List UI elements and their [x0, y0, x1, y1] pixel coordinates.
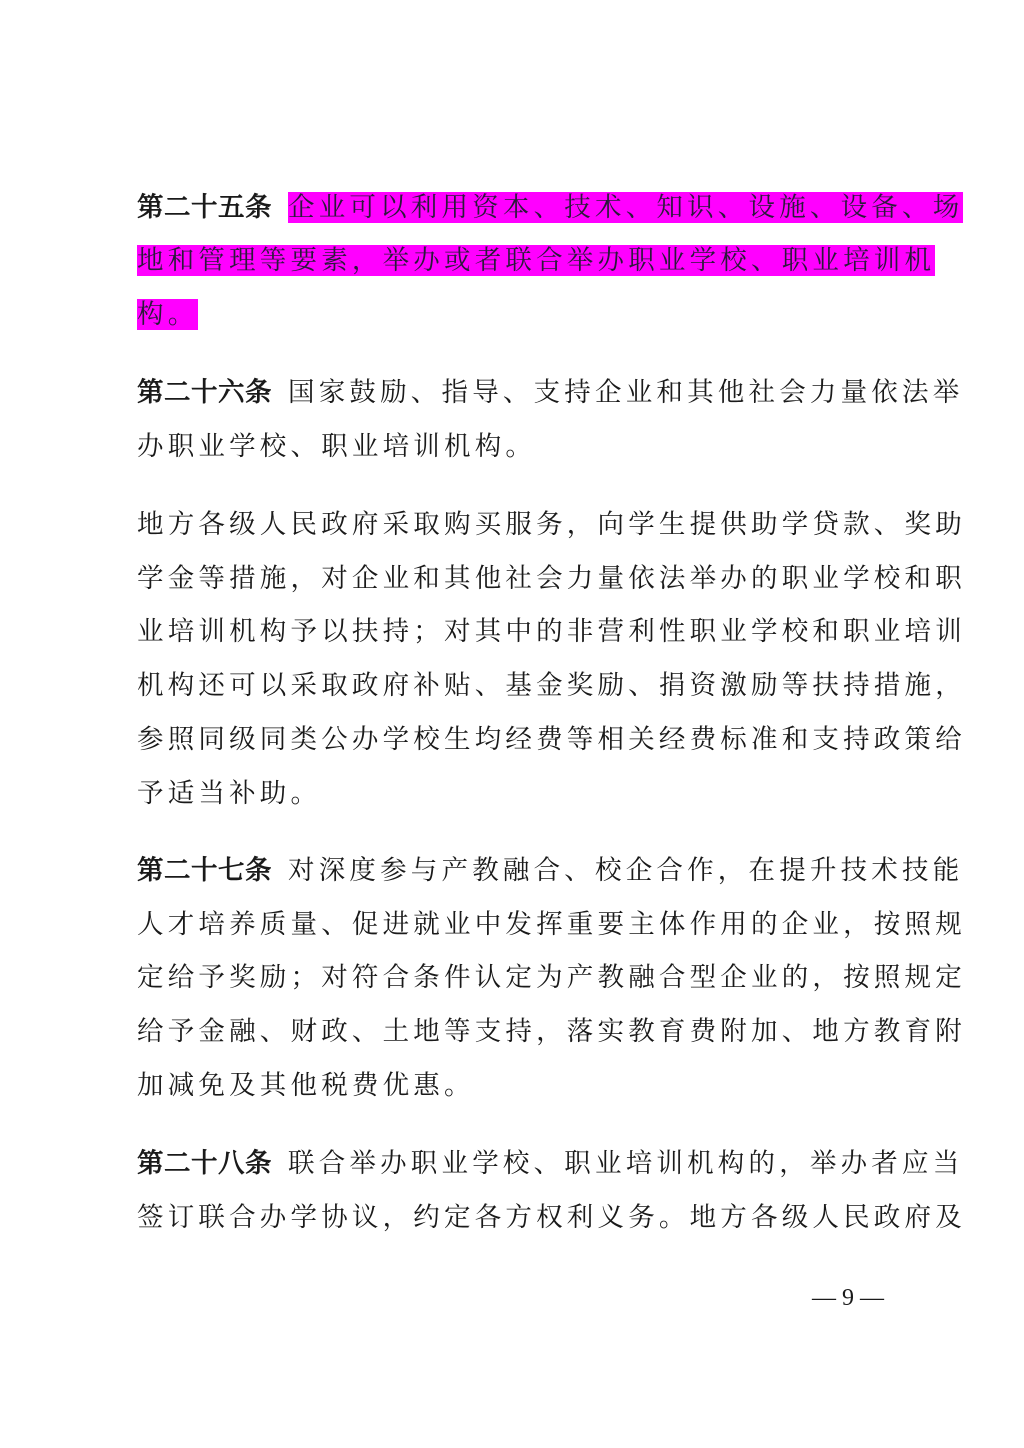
article-number: 第二十七条 — [137, 855, 272, 886]
highlighted-text: 企业可以利用资本、技术、知识、设施、设备、场 — [288, 192, 963, 223]
article-25-line-2: 地和管理等要素，举办或者联合举办职业学校、职业培训机 — [137, 242, 935, 279]
paragraph-text: 加减免及其他税费优惠。 — [137, 1070, 475, 1101]
article-25-line-3: 构。 — [137, 296, 198, 333]
article-number: 第二十六条 — [137, 377, 272, 408]
paragraph-line: 参照同级同类公办学校生均经费等相关经费标准和支持政策给 — [137, 721, 966, 758]
paragraph-text: 人才培养质量、促进就业中发挥重要主体作用的企业，按照规 — [137, 909, 966, 940]
paragraph-text: 予适当补助。 — [137, 778, 321, 809]
article-26-line-2: 办职业学校、职业培训机构。 — [137, 428, 536, 465]
article-number: 第二十八条 — [137, 1148, 272, 1179]
paragraph-text: 学金等措施，对企业和其他社会力量依法举办的职业学校和职 — [137, 563, 966, 594]
paragraph-line: 签订联合办学协议，约定各方权利义务。地方各级人民政府及 — [137, 1199, 966, 1236]
paragraph-text: 国家鼓励、指导、支持企业和其他社会力量依法举 — [288, 377, 963, 408]
paragraph-text: 办职业学校、职业培训机构。 — [137, 431, 536, 462]
paragraph-line: 学金等措施，对企业和其他社会力量依法举办的职业学校和职 — [137, 560, 966, 597]
paragraph-line: 人才培养质量、促进就业中发挥重要主体作用的企业，按照规 — [137, 906, 966, 943]
article-number: 第二十五条 — [137, 192, 272, 223]
paragraph-text: 机构还可以采取政府补贴、基金奖励、捐资激励等扶持措施， — [137, 670, 966, 701]
paragraph-line: 地方各级人民政府采取购买服务，向学生提供助学贷款、奖助 — [137, 506, 966, 543]
paragraph-line: 给予金融、财政、土地等支持，落实教育费附加、地方教育附 — [137, 1013, 966, 1050]
document-page: 第二十五条企业可以利用资本、技术、知识、设施、设备、场 地和管理等要素，举办或者… — [0, 0, 1024, 1448]
paragraph-text: 签订联合办学协议，约定各方权利义务。地方各级人民政府及 — [137, 1202, 966, 1233]
paragraph-line: 加减免及其他税费优惠。 — [137, 1067, 475, 1104]
highlighted-text: 地和管理等要素，举办或者联合举办职业学校、职业培训机 — [137, 245, 935, 276]
article-25-line-1: 第二十五条企业可以利用资本、技术、知识、设施、设备、场 — [137, 189, 963, 226]
paragraph-line: 机构还可以采取政府补贴、基金奖励、捐资激励等扶持措施， — [137, 667, 966, 704]
paragraph-line: 定给予奖励；对符合条件认定为产教融合型企业的，按照规定 — [137, 959, 966, 996]
paragraph-text: 业培训机构予以扶持；对其中的非营利性职业学校和职业培训 — [137, 616, 966, 647]
paragraph-text: 地方各级人民政府采取购买服务，向学生提供助学贷款、奖助 — [137, 509, 966, 540]
article-26-line-1: 第二十六条国家鼓励、指导、支持企业和其他社会力量依法举 — [137, 374, 963, 411]
paragraph-text: 对深度参与产教融合、校企合作，在提升技术技能 — [288, 855, 963, 886]
article-27-line-1: 第二十七条对深度参与产教融合、校企合作，在提升技术技能 — [137, 852, 963, 889]
paragraph-line: 业培训机构予以扶持；对其中的非营利性职业学校和职业培训 — [137, 613, 966, 650]
article-28-line-1: 第二十八条联合举办职业学校、职业培训机构的，举办者应当 — [137, 1145, 963, 1182]
page-number: — 9 — — [812, 1282, 884, 1314]
highlighted-text: 构。 — [137, 299, 198, 330]
paragraph-text: 定给予奖励；对符合条件认定为产教融合型企业的，按照规定 — [137, 962, 966, 993]
paragraph-line: 予适当补助。 — [137, 775, 321, 812]
paragraph-text: 给予金融、财政、土地等支持，落实教育费附加、地方教育附 — [137, 1016, 966, 1047]
paragraph-text: 联合举办职业学校、职业培训机构的，举办者应当 — [288, 1148, 963, 1179]
paragraph-text: 参照同级同类公办学校生均经费等相关经费标准和支持政策给 — [137, 724, 966, 755]
